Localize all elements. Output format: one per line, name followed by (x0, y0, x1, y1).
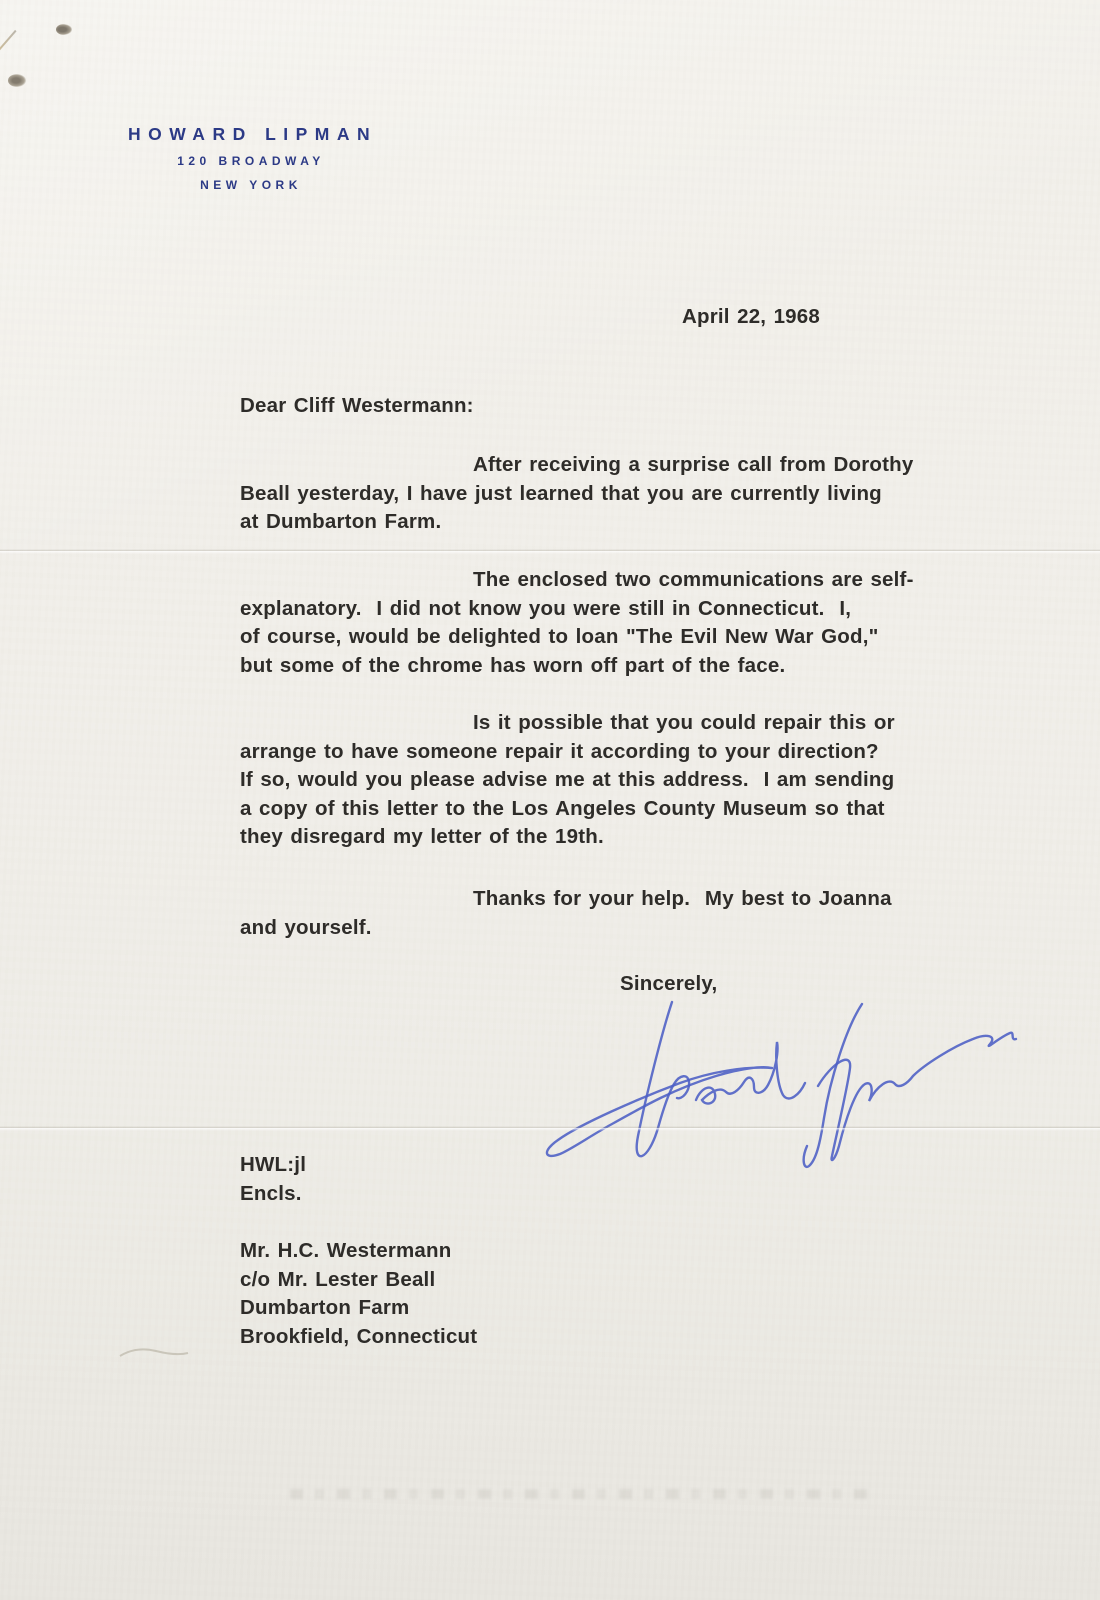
paragraph-line: and yourself. (240, 914, 892, 943)
paragraph-4: Thanks for your help. My best to Joanna … (240, 885, 892, 942)
staple-hole-top (56, 24, 72, 35)
reference-block: HWL:jl Encls. (240, 1151, 306, 1208)
paragraph-line: Is it possible that you could repair thi… (240, 709, 895, 738)
bleed-through-text-smudge (290, 1489, 870, 1499)
fold-crease-lower (0, 1126, 1100, 1130)
paragraph-line: After receiving a surprise call from Dor… (240, 451, 913, 480)
paragraph-line: at Dumbarton Farm. (240, 508, 913, 537)
paragraph-line: If so, would you please advise me at thi… (240, 766, 895, 795)
letter-date: April 22, 1968 (682, 303, 820, 332)
paragraph-line: but some of the chrome has worn off part… (240, 652, 914, 681)
scratch-line (0, 30, 17, 70)
signature-howard-lipman-ink (520, 988, 1030, 1178)
letterhead: HOWARD LIPMAN 120 BROADWAY NEW YORK (128, 124, 374, 192)
paragraph-1: After receiving a surprise call from Dor… (240, 451, 913, 537)
recipient-careof: c/o Mr. Lester Beall (240, 1266, 477, 1295)
paragraph-2: The enclosed two communications are self… (240, 566, 914, 680)
recipient-name: Mr. H.C. Westermann (240, 1237, 477, 1266)
paragraph-line: Beall yesterday, I have just learned tha… (240, 480, 913, 509)
letterhead-city: NEW YORK (128, 178, 374, 192)
recipient-farm: Dumbarton Farm (240, 1294, 477, 1323)
paragraph-line: arrange to have someone repair it accord… (240, 738, 895, 767)
staple-hole-bottom (8, 74, 26, 87)
paragraph-line: explanatory. I did not know you were sti… (240, 595, 914, 624)
staple-mark (8, 18, 78, 93)
salutation: Dear Cliff Westermann: (240, 392, 474, 421)
paragraph-line: they disregard my letter of the 19th. (240, 823, 895, 852)
letter-page: HOWARD LIPMAN 120 BROADWAY NEW YORK Apri… (0, 0, 1100, 1600)
letterhead-street: 120 BROADWAY (128, 154, 374, 168)
paragraph-line: a copy of this letter to the Los Angeles… (240, 795, 895, 824)
paragraph-line: The enclosed two communications are self… (240, 566, 914, 595)
paragraph-line: Thanks for your help. My best to Joanna (240, 885, 892, 914)
letterhead-name: HOWARD LIPMAN (128, 124, 374, 145)
pencil-smudge (118, 1342, 192, 1364)
typist-initials: HWL:jl (240, 1151, 306, 1180)
paragraph-3: Is it possible that you could repair thi… (240, 709, 895, 852)
enclosures-note: Encls. (240, 1180, 306, 1209)
fold-crease-upper (0, 549, 1100, 553)
recipient-address-block: Mr. H.C. Westermann c/o Mr. Lester Beall… (240, 1237, 477, 1351)
paragraph-line: of course, would be delighted to loan "T… (240, 623, 914, 652)
recipient-city: Brookfield, Connecticut (240, 1323, 477, 1352)
